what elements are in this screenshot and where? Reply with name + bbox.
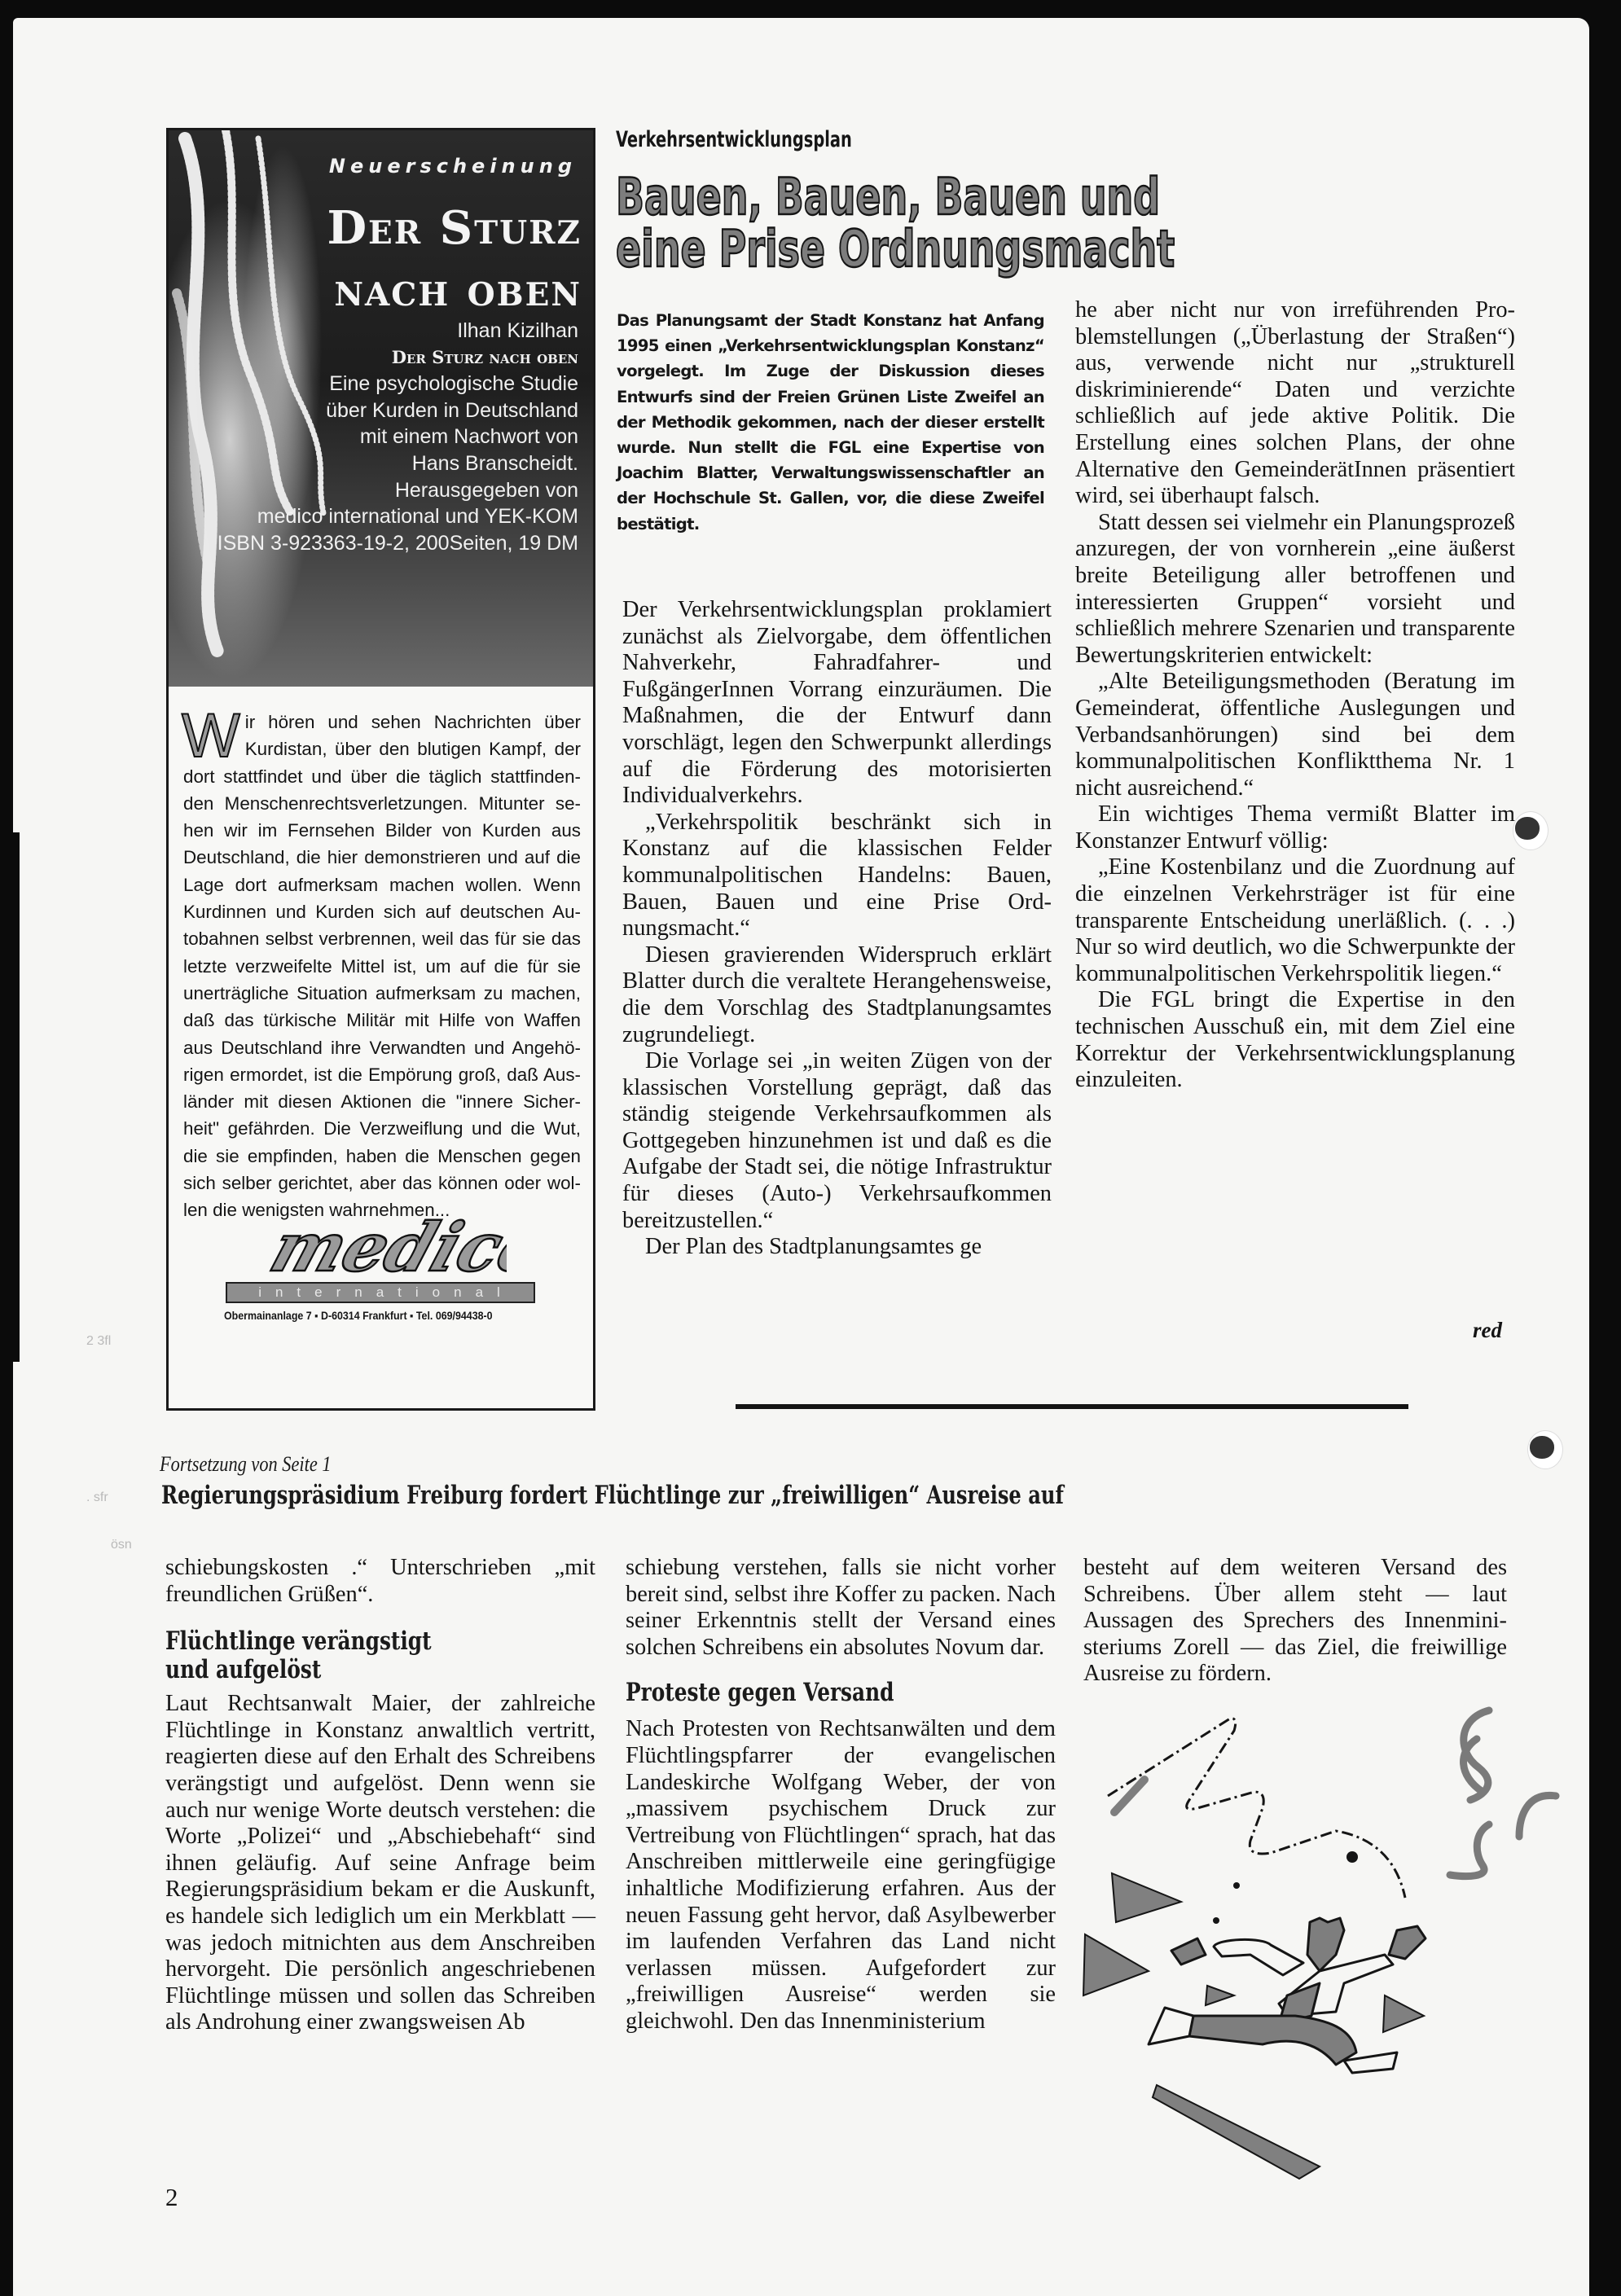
paragraph: Der Verkehrsentwicklungsplan prokla­mier… — [622, 597, 1052, 810]
ad-kicker: Neuerscheinung — [329, 155, 577, 178]
paragraph: „Verkehrspolitik beschränkt sich in Kons… — [622, 810, 1052, 942]
falling-man-illustration — [1075, 1702, 1564, 2232]
medico-address: Obermainanlage 7 ▪ D-60314 Frankfurt ▪ T… — [224, 1310, 524, 1322]
continued-column-3: besteht auf dem weiteren Versand des Sch… — [1083, 1555, 1507, 1688]
section-divider — [1131, 1404, 1408, 1409]
continued-column-1: schiebungskosten .“ Unterschrieben „mit … — [165, 1555, 595, 2036]
page-number: 2 — [165, 2183, 178, 2212]
continued-label: Fortsetzung von Seite 1 — [160, 1452, 332, 1477]
paragraph: Ein wichtiges Thema vermißt Blatter im K… — [1075, 801, 1515, 854]
medico-logo-icon: medico — [262, 1209, 507, 1283]
book-advertisement: Neuerscheinung Der Sturz nach oben Ilhan… — [166, 128, 595, 1411]
subheading: Proteste gegen Versand — [626, 1679, 969, 1708]
ad-banner: Neuerscheinung Der Sturz nach oben Ilhan… — [169, 130, 593, 687]
paragraph: Die Vorlage sei „in weiten Zügen von der… — [622, 1048, 1052, 1234]
article-kicker: Verkehrsentwicklungsplan — [616, 127, 852, 152]
section-divider — [736, 1404, 1131, 1409]
ad-isbn-price: ISBN 3-923363-19-2, 200Seiten, 19 DM — [217, 530, 578, 557]
article-headline: Bauen, Bauen, Bauen und eine Prise Ordnu… — [616, 171, 1158, 275]
ad-body-text: Wir hören und sehen Nachrichten über Kur… — [183, 709, 581, 1224]
paragraph: schiebung verstehen, falls sie nicht vor… — [626, 1555, 1056, 1661]
paragraph: schiebungskosten .“ Unterschrieben „mit … — [165, 1555, 595, 1608]
paragraph: Die FGL bringt die Expertise in den tech… — [1075, 987, 1515, 1093]
article-column-1: Der Verkehrsentwicklungsplan prokla­mier… — [622, 597, 1052, 1261]
ad-book-title-small: Der Sturz nach oben — [217, 345, 578, 371]
punch-hole — [1528, 1431, 1562, 1468]
drop-cap: W — [182, 711, 240, 762]
paragraph: „Eine Kostenbilanz und die Zuord­nung au… — [1075, 854, 1515, 987]
paragraph: Laut Rechtsanwalt Maier, der zahlrei­che… — [165, 1691, 595, 2036]
medico-international-bar: international — [226, 1282, 535, 1303]
ad-author: Ilhan Kizilhan — [217, 318, 578, 345]
margin-mark: 2 3fl — [86, 1334, 111, 1349]
svg-text:medico: medico — [262, 1209, 507, 1283]
article-column-2: he aber nicht nur von irreführenden Pro­… — [1075, 297, 1515, 1094]
paragraph: Nach Protesten von Rechtsanwälten und de… — [626, 1716, 1056, 2035]
paragraph: he aber nicht nur von irreführenden Pro­… — [1075, 297, 1515, 510]
margin-mark: ösn — [111, 1538, 132, 1552]
paragraph: Diesen gravierenden Widerspruch erklärt … — [622, 942, 1052, 1048]
paragraph: Der Plan des Stadtplanungsamtes ge­ — [622, 1234, 1052, 1261]
paragraph: besteht auf dem weiteren Versand des Sch… — [1083, 1555, 1507, 1688]
paragraph: „Alte Beteiligungsmethoden (Bera­tung im… — [1075, 669, 1515, 801]
continued-headline: Regierungspräsidium Freiburg fordert Flü… — [161, 1481, 1064, 1510]
article-byline: red — [1473, 1318, 1502, 1343]
margin-mark: . sfr — [86, 1490, 108, 1505]
punch-hole — [1513, 812, 1548, 849]
paragraph: Statt dessen sei vielmehr ein Pla­nungsp… — [1075, 510, 1515, 669]
article-lead: Das Planungsamt der Stadt Konstanz hat A… — [617, 308, 1044, 537]
scan-edge-shadow — [13, 832, 20, 1362]
ad-book-details: Ilhan Kizilhan Der Sturz nach oben Eine … — [217, 318, 578, 556]
subheading: Flüchtlinge verängstigt und aufgelöst — [165, 1627, 509, 1686]
continued-column-2: schiebung verstehen, falls sie nicht vor… — [626, 1555, 1056, 2035]
ad-book-title: Der Sturz nach oben — [327, 197, 582, 321]
